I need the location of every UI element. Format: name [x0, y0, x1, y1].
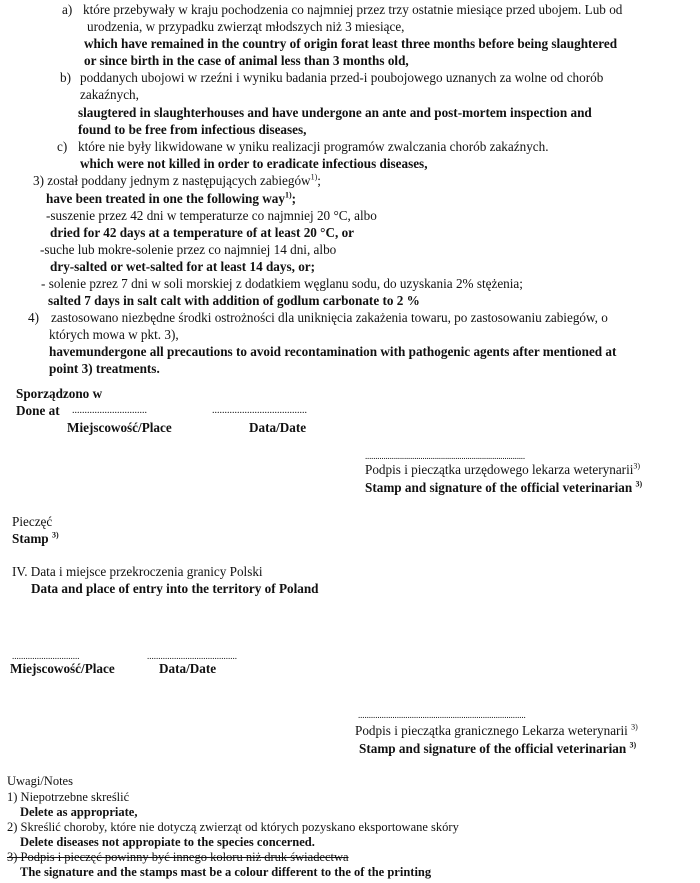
done-at-date-label: Data/Date [249, 420, 306, 436]
note-2-english: Delete diseases not appropiate to the sp… [20, 834, 315, 850]
note-2-polish: 2) Skreślić choroby, które nie dotyczą z… [7, 819, 459, 835]
section-4-english-line-2: point 3) treatments. [49, 361, 160, 377]
treatment-3-english: salted 7 days in salt calt with addition… [48, 293, 420, 309]
done-at-polish-label: Sporządzono w [16, 386, 102, 402]
note-1-polish: 1) Niepotrzebne skreślić [7, 789, 129, 805]
treatment-2-english: dry-salted or wet-salted for at least 14… [50, 259, 315, 275]
section-4-english-line-1: havemundergone all precautions to avoid … [49, 344, 616, 360]
entry-date-label: Data/Date [159, 661, 216, 677]
item-a-english-line-1: which have remained in the country of or… [84, 36, 617, 52]
item-a-english-line-2: or since birth in the case of animal les… [84, 53, 409, 69]
item-a-marker: a) [62, 2, 72, 18]
done-at-place-field[interactable]: .............................. [72, 403, 147, 419]
item-c-polish-line-1: które nie były likwidowane w yniku reali… [78, 139, 549, 155]
done-at-date-field[interactable]: ...................................... [212, 403, 307, 419]
treatment-1-polish: -suszenie przez 42 dni w temperaturze co… [46, 208, 377, 224]
entry-place-label: Miejscowość/Place [10, 661, 115, 677]
item-a-polish-line-1: które przebywały w kraju pochodzenia co … [83, 2, 622, 18]
note-1-english: Delete as appropriate, [20, 804, 137, 820]
stamp-english: Stamp 3) [12, 531, 59, 547]
item-b-polish-line-2: zakaźnych, [80, 87, 139, 103]
notes-title: Uwagi/Notes [7, 773, 73, 789]
treatment-2-polish: -suche lub mokre-solenie przez co najmni… [40, 242, 336, 258]
item-b-marker: b) [60, 70, 71, 86]
section-IV-polish: IV. Data i miejsce przekroczenia granicy… [12, 564, 263, 580]
treatment-1-english: dried for 42 days at a temperature of at… [50, 225, 354, 241]
border-signature-polish: Podpis i pieczątka granicznego Lekarza w… [355, 723, 638, 739]
done-at-place-label: Miejscowość/Place [67, 420, 172, 436]
item-b-english-line-1: slaugtered in slaughterhouses and have u… [78, 105, 592, 121]
border-signature-line[interactable]: ........................................… [358, 707, 526, 723]
section-4-marker: 4) [28, 310, 39, 326]
border-signature-english: Stamp and signature of the official vete… [359, 741, 636, 757]
note-3-english: The signature and the stamps mast be a c… [20, 864, 431, 880]
item-b-polish-line-1: poddanych ubojowi w rzeźni i wyniku bada… [80, 70, 603, 86]
note-3-polish: 3) Podpis i pieczęć powinny być innego k… [7, 849, 349, 865]
item-b-english-line-2: found to be free from infectious disease… [78, 122, 306, 138]
section-4-polish-line-1: zastosowano niezbędne środki ostrożności… [51, 310, 608, 326]
official-signature-polish: Podpis i pieczątka urzędowego lekarza we… [365, 462, 640, 478]
section-4-polish-line-2: których mowa w pkt. 3), [49, 327, 179, 343]
treatment-3-polish: - solenie pzrez 7 dni w soli morskiej z … [41, 276, 523, 292]
item-a-polish-line-2: urodzenia, w przypadku zwierząt młodszyc… [87, 19, 404, 35]
item-c-english-line-1: which were not killed in order to eradic… [80, 156, 428, 172]
section-IV-english: Data and place of entry into the territo… [31, 581, 319, 597]
official-signature-english: Stamp and signature of the official vete… [365, 480, 642, 496]
section-3-polish: 3) został poddany jednym z następujących… [33, 173, 321, 189]
section-3-english: have been treated in one the following w… [46, 191, 296, 207]
item-c-marker: c) [57, 139, 67, 155]
done-at-english-label: Done at [16, 403, 60, 419]
stamp-polish: Pieczęć [12, 514, 52, 530]
